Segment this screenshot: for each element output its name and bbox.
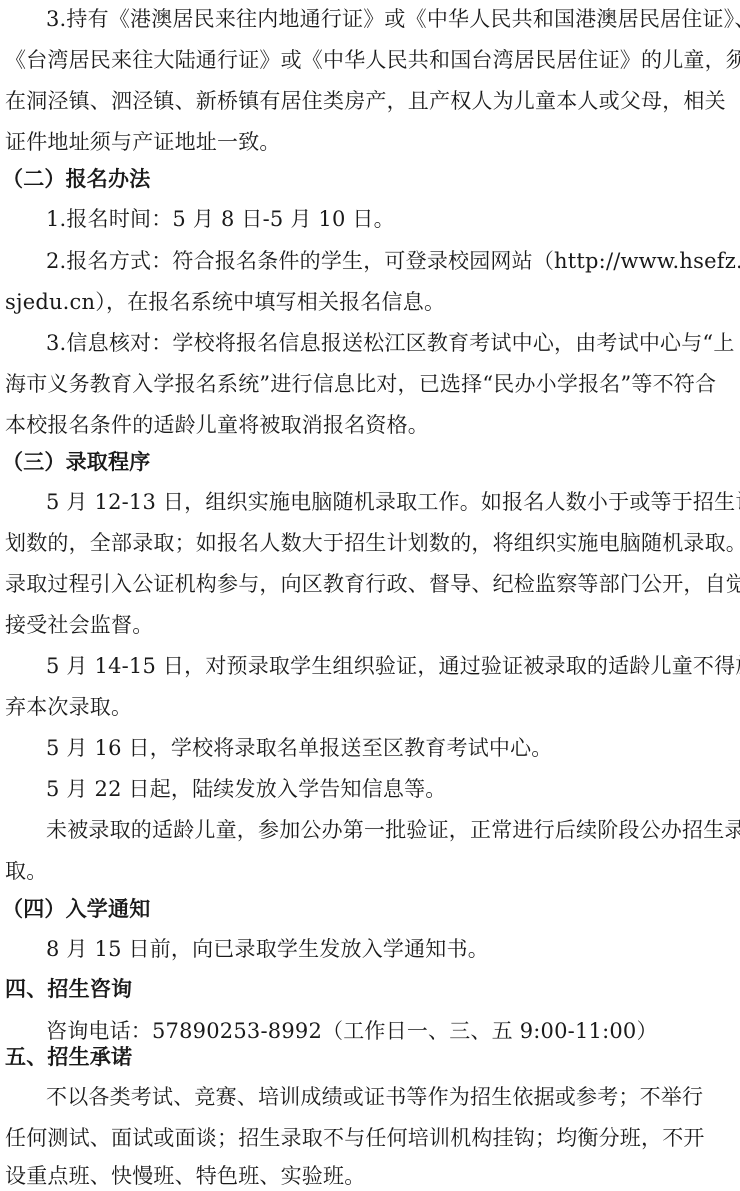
admission-para-2-line-2: 弃本次录取。 bbox=[5, 695, 132, 719]
eligibility-item-3-line-3: 在洞泾镇、泗泾镇、新桥镇有居住类房产，且产权人为儿童本人或父母，相关 bbox=[5, 89, 726, 113]
admission-para-4: 5 月 22 日起，陆续发放入学告知信息等。 bbox=[46, 777, 447, 801]
admission-para-1-line-2: 划数的，全部录取；如报名人数大于招生计划数的，将组织实施电脑随机录取。 bbox=[5, 531, 740, 555]
eligibility-item-3-line-1: 3.持有《港澳居民来往内地通行证》或《中华人民共和国港澳居民居住证》、 bbox=[46, 7, 740, 31]
admission-para-3: 5 月 16 日，学校将录取名单报送至区教育考试中心。 bbox=[46, 736, 553, 760]
enrollment-notice-para: 8 月 15 日前，向已录取学生发放入学通知书。 bbox=[46, 937, 489, 961]
admission-para-2-line-1: 5 月 14-15 日，对预录取学生组织验证，通过验证被录取的适龄儿童不得放 bbox=[46, 654, 740, 678]
section-heading-registration: （二）报名办法 bbox=[2, 167, 150, 191]
admission-para-5-line-1: 未被录取的适龄儿童，参加公办第一批验证，正常进行后续阶段公办招生录 bbox=[46, 818, 740, 842]
admission-para-1-line-1: 5 月 12-13 日，组织实施电脑随机录取工作。如报名人数小于或等于招生计 bbox=[46, 490, 740, 514]
section-heading-enrollment-notice: （四）入学通知 bbox=[2, 897, 150, 921]
section-heading-consultation: 四、招生咨询 bbox=[5, 977, 132, 1001]
eligibility-item-3-line-2: 《台湾居民来往大陆通行证》或《中华人民共和国台湾居民居住证》的儿童，须 bbox=[5, 48, 740, 72]
registration-method-line-2: sjedu.cn），在报名系统中填写相关报名信息。 bbox=[5, 290, 445, 314]
admission-para-1-line-4: 接受社会监督。 bbox=[5, 613, 153, 637]
info-verification-line-1: 3.信息核对：学校将报名信息报送松江区教育考试中心，由考试中心与“上 bbox=[46, 331, 735, 355]
registration-time: 1.报名时间：5 月 8 日-5 月 10 日。 bbox=[46, 207, 395, 231]
section-heading-admission: （三）录取程序 bbox=[2, 450, 150, 474]
section-heading-pledge: 五、招生承诺 bbox=[5, 1045, 132, 1069]
info-verification-line-3: 本校报名条件的适龄儿童将被取消报名资格。 bbox=[5, 413, 429, 437]
admission-para-1-line-3: 录取过程引入公证机构参与，向区教育行政、督导、纪检监察等部门公开，自觉 bbox=[5, 572, 740, 596]
pledge-para-line-3: 设重点班、快慢班、特色班、实验班。 bbox=[5, 1164, 365, 1188]
admission-para-5-line-2: 取。 bbox=[5, 859, 47, 883]
eligibility-item-3-line-4: 证件地址须与产证地址一致。 bbox=[5, 130, 281, 154]
info-verification-line-2: 海市义务教育入学报名系统”进行信息比对，已选择“民办小学报名”等不符合 bbox=[5, 372, 716, 396]
consultation-phone: 咨询电话：57890253-8992（工作日一、三、五 9:00-11:00） bbox=[46, 1019, 658, 1043]
pledge-para-line-1: 不以各类考试、竞赛、培训成绩或证书等作为招生依据或参考；不举行 bbox=[46, 1085, 703, 1109]
pledge-para-line-2: 任何测试、面试或面谈；招生录取不与任何培训机构挂钩；均衡分班，不开 bbox=[5, 1126, 705, 1150]
registration-method-line-1: 2.报名方式：符合报名条件的学生，可登录校园网站（http://www.hsef… bbox=[46, 249, 740, 273]
